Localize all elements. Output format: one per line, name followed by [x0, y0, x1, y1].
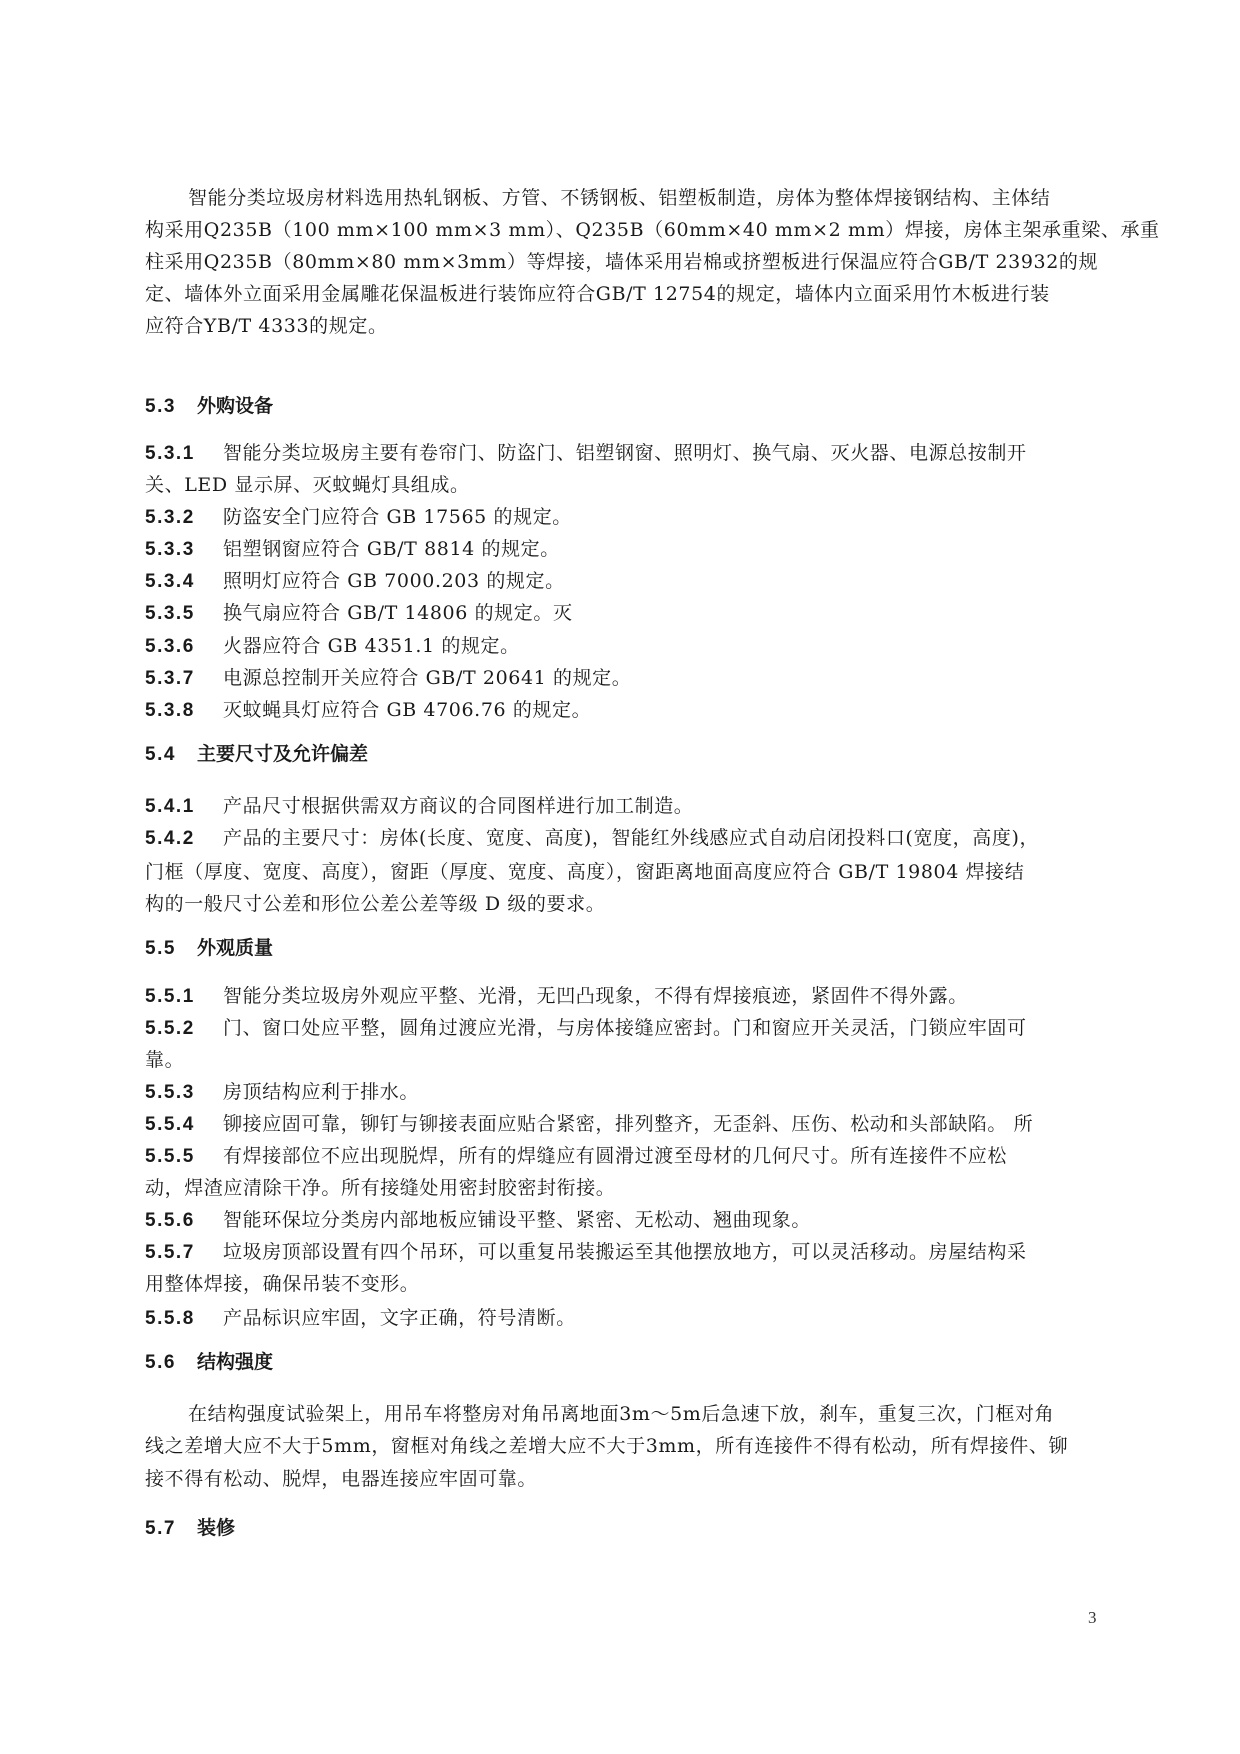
clause-5-3-3: 5.3.3铝塑钢窗应符合 GB/T 8814 的规定。 [145, 537, 560, 562]
clause-continuation: 动，焊渣应清除干净。所有接缝处用密封胶密封衔接。 [145, 1176, 615, 1200]
clause-number: 5.5.5 [145, 1145, 223, 1169]
clause-5-5-7: 5.5.7垃圾房顶部设置有四个吊环，可以重复吊装搬运至其他摆放地方，可以灵活移动… [145, 1240, 1027, 1265]
paragraph-line: 线之差增大应不大于5mm，窗框对角线之差增大应不大于3mm，所有连接件不得有松动… [145, 1434, 1068, 1458]
clause-number: 5.3.7 [145, 667, 223, 691]
clause-text: 铆接应固可靠，铆钉与铆接表面应贴合紧密，排列整齐，无歪斜、压伤、松动和头部缺陷。… [223, 1113, 1033, 1135]
section-title: 主要尺寸及允许偏差 [197, 743, 368, 765]
clause-number: 5.4.2 [145, 827, 223, 851]
clause-5-3-4: 5.3.4照明灯应符合 GB 7000.203 的规定。 [145, 569, 565, 594]
clause-number: 5.3.1 [145, 442, 223, 466]
clause-text: 照明灯应符合 GB 7000.203 的规定。 [223, 570, 565, 592]
section-number: 5.7 [145, 1517, 197, 1541]
clause-text: 产品尺寸根据供需双方商议的合同图样进行加工制造。 [223, 795, 693, 817]
clause-number: 5.5.8 [145, 1307, 223, 1331]
clause-number: 5.5.3 [145, 1081, 223, 1105]
section-title: 结构强度 [197, 1351, 273, 1373]
clause-5-4-1: 5.4.1产品尺寸根据供需双方商议的合同图样进行加工制造。 [145, 794, 693, 819]
intro-line: 应符合YB/T 4333的规定。 [145, 314, 388, 338]
section-title: 外购设备 [197, 395, 273, 417]
section-heading-5-7: 5.7装修 [145, 1516, 235, 1541]
paragraph-line: 在结构强度试验架上，用吊车将整房对角吊离地面3m～5m后急速下放，刹车，重复三次… [188, 1402, 1054, 1426]
clause-5-5-3: 5.5.3房顶结构应利于排水。 [145, 1080, 419, 1105]
intro-line: 定、墙体外立面采用金属雕花保温板进行装饰应符合GB/T 12754的规定，墙体内… [145, 282, 1050, 306]
clause-text: 换气扇应符合 GB/T 14806 的规定。灭 [223, 602, 573, 624]
clause-text: 铝塑钢窗应符合 GB/T 8814 的规定。 [223, 538, 560, 560]
section-title: 外观质量 [197, 937, 273, 959]
section-heading-5-3: 5.3外购设备 [145, 394, 273, 419]
clause-number: 5.3.6 [145, 635, 223, 659]
clause-text: 智能环保垃分类房内部地板应铺设平整、紧密、无松动、翘曲现象。 [223, 1209, 811, 1231]
clause-text: 防盗安全门应符合 GB 17565 的规定。 [223, 506, 572, 528]
clause-number: 5.3.5 [145, 602, 223, 626]
clause-text: 有焊接部位不应出现脱焊，所有的焊缝应有圆滑过渡至母材的几何尺寸。所有连接件不应松 [223, 1145, 1007, 1167]
clause-number: 5.3.2 [145, 506, 223, 530]
clause-text: 电源总控制开关应符合 GB/T 20641 的规定。 [223, 667, 631, 689]
clause-number: 5.5.4 [145, 1113, 223, 1137]
paragraph-line: 接不得有松动、脱焊，电器连接应牢固可靠。 [145, 1467, 537, 1491]
clause-text: 垃圾房顶部设置有四个吊环，可以重复吊装搬运至其他摆放地方，可以灵活移动。房屋结构… [223, 1241, 1027, 1263]
clause-text: 门、窗口处应平整，圆角过渡应光滑，与房体接缝应密封。门和窗应开关灵活，门锁应牢固… [223, 1017, 1027, 1039]
clause-number: 5.5.2 [145, 1017, 223, 1041]
clause-5-5-1: 5.5.1智能分类垃圾房外观应平整、光滑，无凹凸现象，不得有焊接痕迹，紧固件不得… [145, 984, 968, 1009]
clause-text: 智能分类垃圾房外观应平整、光滑，无凹凸现象，不得有焊接痕迹，紧固件不得外露。 [223, 985, 968, 1007]
section-heading-5-5: 5.5外观质量 [145, 936, 273, 961]
clause-text: 火器应符合 GB 4351.1 的规定。 [223, 635, 520, 657]
clause-number: 5.5.7 [145, 1241, 223, 1265]
clause-5-3-8: 5.3.8灭蚊蝇具灯应符合 GB 4706.76 的规定。 [145, 698, 591, 723]
clause-continuation: 用整体焊接，确保吊装不变形。 [145, 1272, 419, 1296]
clause-continuation: 构的一般尺寸公差和形位公差公差等级 D 级的要求。 [145, 892, 605, 916]
clause-text: 产品标识应牢固，文字正确，符号清断。 [223, 1307, 576, 1329]
clause-continuation: 关、LED 显示屏、灭蚊蝇灯具组成。 [145, 473, 470, 497]
clause-text: 房顶结构应利于排水。 [223, 1081, 419, 1103]
clause-5-5-8: 5.5.8产品标识应牢固，文字正确，符号清断。 [145, 1306, 576, 1331]
clause-text: 智能分类垃圾房主要有卷帘门、防盗门、铝塑钢窗、照明灯、换气扇、灭火器、电源总按制… [223, 442, 1027, 464]
clause-5-5-5: 5.5.5有焊接部位不应出现脱焊，所有的焊缝应有圆滑过渡至母材的几何尺寸。所有连… [145, 1144, 1007, 1169]
clause-5-4-2: 5.4.2产品的主要尺寸：房体(长度、宽度、高度)，智能红外线感应式自动启闭投料… [145, 826, 1039, 851]
clause-number: 5.5.6 [145, 1209, 223, 1233]
intro-line: 构采用Q235B（100 mm×100 mm×3 mm）、Q235B（60mm×… [145, 218, 1160, 242]
document-page: 智能分类垃圾房材料选用热轧钢板、方管、不锈钢板、铝塑板制造，房体为整体焊接钢结构… [0, 0, 1240, 1754]
clause-number: 5.5.1 [145, 985, 223, 1009]
section-number: 5.4 [145, 743, 197, 767]
clause-5-3-2: 5.3.2防盗安全门应符合 GB 17565 的规定。 [145, 505, 572, 530]
clause-5-3-7: 5.3.7电源总控制开关应符合 GB/T 20641 的规定。 [145, 666, 631, 691]
clause-5-3-5: 5.3.5换气扇应符合 GB/T 14806 的规定。灭 [145, 601, 573, 626]
page-number: 3 [1088, 1608, 1097, 1628]
clause-number: 5.3.3 [145, 538, 223, 562]
section-number: 5.3 [145, 395, 197, 419]
clause-5-3-6: 5.3.6火器应符合 GB 4351.1 的规定。 [145, 634, 520, 659]
intro-line: 智能分类垃圾房材料选用热轧钢板、方管、不锈钢板、铝塑板制造，房体为整体焊接钢结构… [188, 186, 1050, 210]
section-number: 5.5 [145, 937, 197, 961]
clause-5-5-6: 5.5.6智能环保垃分类房内部地板应铺设平整、紧密、无松动、翘曲现象。 [145, 1208, 811, 1233]
clause-5-5-4: 5.5.4铆接应固可靠，铆钉与铆接表面应贴合紧密，排列整齐，无歪斜、压伤、松动和… [145, 1112, 1033, 1137]
section-heading-5-6: 5.6结构强度 [145, 1350, 273, 1375]
clause-continuation: 靠。 [145, 1048, 184, 1072]
clause-5-3-1: 5.3.1智能分类垃圾房主要有卷帘门、防盗门、铝塑钢窗、照明灯、换气扇、灭火器、… [145, 441, 1027, 466]
section-heading-5-4: 5.4主要尺寸及允许偏差 [145, 742, 368, 767]
section-title: 装修 [197, 1517, 235, 1539]
clause-text: 产品的主要尺寸：房体(长度、宽度、高度)，智能红外线感应式自动启闭投料口(宽度，… [223, 827, 1039, 849]
clause-number: 5.3.4 [145, 570, 223, 594]
intro-line: 柱采用Q235B（80mm×80 mm×3mm）等焊接，墙体采用岩棉或挤塑板进行… [145, 250, 1098, 274]
clause-text: 灭蚊蝇具灯应符合 GB 4706.76 的规定。 [223, 699, 591, 721]
section-number: 5.6 [145, 1351, 197, 1375]
clause-5-5-2: 5.5.2门、窗口处应平整，圆角过渡应光滑，与房体接缝应密封。门和窗应开关灵活，… [145, 1016, 1027, 1041]
clause-continuation: 门框（厚度、宽度、高度），窗距（厚度、宽度、高度），窗距离地面高度应符合 GB/… [145, 860, 1024, 884]
clause-number: 5.4.1 [145, 795, 223, 819]
clause-number: 5.3.8 [145, 699, 223, 723]
